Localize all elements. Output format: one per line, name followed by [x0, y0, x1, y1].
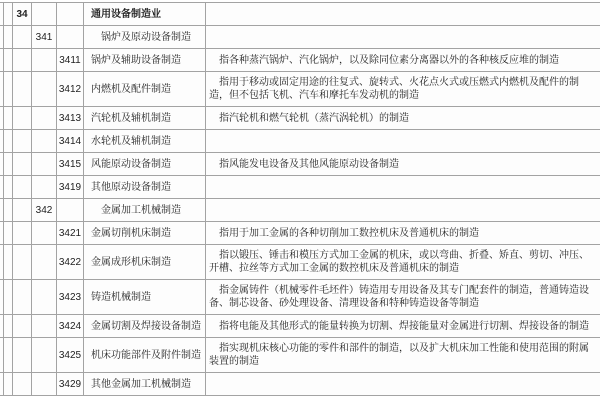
- division-code-cell: [13, 373, 32, 395]
- description-text: 指汽轮机和燃气轮机（蒸汽涡轮机）的制造: [209, 112, 592, 125]
- description-cell: 指将电能及其他形式的能量转换为切割、焊接能量对金属进行切割、焊接设备的制造: [206, 315, 600, 337]
- spacer-cell: [4, 373, 13, 395]
- description-cell: [206, 199, 600, 221]
- group-code-cell: [32, 280, 57, 314]
- group-code-cell: 341: [32, 26, 57, 48]
- division-code-cell: 34: [13, 3, 32, 25]
- class-code-cell: 3419: [57, 176, 84, 198]
- class-code-cell: 3422: [57, 245, 84, 279]
- description-text: 指各种蒸汽锅炉、汽化锅炉，以及除同位素分离器以外的各种核反应堆的制造: [209, 54, 592, 67]
- description-cell: 指各种蒸汽锅炉、汽化锅炉，以及除同位素分离器以外的各种核反应堆的制造: [206, 49, 600, 71]
- description-cell: [206, 130, 600, 152]
- class-code-cell: 3413: [57, 107, 84, 129]
- category-name-cell: 金属切削机床制造: [84, 222, 206, 244]
- class-code-cell: [57, 26, 84, 48]
- description-text: 指将电能及其他形式的能量转换为切割、焊接能量对金属进行切割、焊接设备的制造: [209, 320, 592, 333]
- spacer-cell: [4, 3, 13, 25]
- table-row: 342 金属加工机械制造: [0, 199, 600, 222]
- class-code-cell: 3425: [57, 338, 84, 372]
- spacer-cell: [4, 49, 13, 71]
- group-code-cell: [32, 222, 57, 244]
- division-code-cell: [13, 107, 32, 129]
- table-row: 3424 金属切割及焊接设备制造 指将电能及其他形式的能量转换为切割、焊接能量对…: [0, 315, 600, 338]
- division-code-cell: [13, 176, 32, 198]
- description-cell: [206, 3, 600, 25]
- table-row: 3429 其他金属加工机械制造: [0, 373, 600, 396]
- division-code-cell: [13, 72, 32, 106]
- table-row: 341 锅炉及原动设备制造: [0, 26, 600, 49]
- group-code-cell: [32, 338, 57, 372]
- class-code-cell: 3424: [57, 315, 84, 337]
- industry-classification-table: 34 通用设备制造业 341 锅炉及原动设备制造 3411 锅炉及辅助设备制造 …: [0, 2, 600, 396]
- division-code-cell: [13, 222, 32, 244]
- table-row: 3423 铸造机械制造 指金属铸件（机械零件毛坯件）铸造用专用设备及其专门配套件…: [0, 280, 600, 315]
- spacer-cell: [4, 130, 13, 152]
- group-code-cell: [32, 107, 57, 129]
- description-cell: [206, 373, 600, 395]
- division-code-cell: [13, 130, 32, 152]
- category-name-cell: 水轮机及辅机制造: [84, 130, 206, 152]
- category-name-cell: 金属切割及焊接设备制造: [84, 315, 206, 337]
- class-code-cell: 3411: [57, 49, 84, 71]
- description-cell: 指用于移动或固定用途的往复式、旋转式、火花点火式或压燃式内燃机及配件的制造，但不…: [206, 72, 600, 106]
- class-code-cell: 3429: [57, 373, 84, 395]
- division-code-cell: [13, 315, 32, 337]
- description-cell: 指金属铸件（机械零件毛坯件）铸造用专用设备及其专门配套件的制造，普通铸造设备、制…: [206, 280, 600, 314]
- class-code-cell: 3414: [57, 130, 84, 152]
- table-row: 3425 机床功能部件及附件制造 指实现机床核心功能的零件和部件的制造，以及扩大…: [0, 338, 600, 373]
- table-row: 3415 风能原动设备制造 指风能发电设备及其他风能原动设备制造: [0, 153, 600, 176]
- group-code-cell: [32, 130, 57, 152]
- group-code-cell: [32, 315, 57, 337]
- description-text: 指风能发电设备及其他风能原动设备制造: [209, 158, 592, 171]
- description-cell: [206, 176, 600, 198]
- category-name-cell: 风能原动设备制造: [84, 153, 206, 175]
- spacer-cell: [4, 245, 13, 279]
- description-text: 指用于加工金属的各种切削加工数控机床及普通机床的制造: [209, 227, 592, 240]
- table-row: 3422 金属成形机床制造 指以锻压、锤击和模压方式加工金属的机床，或以弯曲、折…: [0, 245, 600, 280]
- division-code-cell: [13, 338, 32, 372]
- category-name-cell: 机床功能部件及附件制造: [84, 338, 206, 372]
- category-name-cell: 锅炉及原动设备制造: [84, 26, 206, 48]
- spacer-cell: [4, 199, 13, 221]
- description-text: 指以锻压、锤击和模压方式加工金属的机床，或以弯曲、折叠、矫直、剪切、冲压、开槽、…: [209, 249, 592, 275]
- group-code-cell: [32, 153, 57, 175]
- description-cell: 指实现机床核心功能的零件和部件的制造，以及扩大机床加工性能和使用范围的附属装置的…: [206, 338, 600, 372]
- table-row: 3421 金属切削机床制造 指用于加工金属的各种切削加工数控机床及普通机床的制造: [0, 222, 600, 245]
- spacer-cell: [4, 280, 13, 314]
- group-code-cell: [32, 176, 57, 198]
- table-row: 3413 汽轮机及辅机制造 指汽轮机和燃气轮机（蒸汽涡轮机）的制造: [0, 107, 600, 130]
- table-row: 3412 内燃机及配件制造 指用于移动或固定用途的往复式、旋转式、火花点火式或压…: [0, 72, 600, 107]
- spacer-cell: [4, 176, 13, 198]
- category-name-cell: 汽轮机及辅机制造: [84, 107, 206, 129]
- division-code-cell: [13, 199, 32, 221]
- description-cell: [206, 26, 600, 48]
- spacer-cell: [4, 338, 13, 372]
- description-cell: 指以锻压、锤击和模压方式加工金属的机床，或以弯曲、折叠、矫直、剪切、冲压、开槽、…: [206, 245, 600, 279]
- class-code-cell: 3423: [57, 280, 84, 314]
- spacer-cell: [4, 315, 13, 337]
- class-code-cell: [57, 3, 84, 25]
- category-name-cell: 其他金属加工机械制造: [84, 373, 206, 395]
- group-code-cell: [32, 245, 57, 279]
- description-cell: 指用于加工金属的各种切削加工数控机床及普通机床的制造: [206, 222, 600, 244]
- class-code-cell: 3421: [57, 222, 84, 244]
- group-code-cell: [32, 3, 57, 25]
- table-row: 3411 锅炉及辅助设备制造 指各种蒸汽锅炉、汽化锅炉，以及除同位素分离器以外的…: [0, 49, 600, 72]
- spacer-cell: [4, 222, 13, 244]
- table-row: 3419 其他原动设备制造: [0, 176, 600, 199]
- category-name-cell: 通用设备制造业: [84, 3, 206, 25]
- description-text: 指金属铸件（机械零件毛坯件）铸造用专用设备及其专门配套件的制造，普通铸造设备、制…: [209, 284, 592, 310]
- spacer-cell: [4, 107, 13, 129]
- category-name-cell: 内燃机及配件制造: [84, 72, 206, 106]
- division-code-cell: [13, 49, 32, 71]
- division-code-cell: [13, 245, 32, 279]
- division-code-cell: [13, 280, 32, 314]
- group-code-cell: [32, 72, 57, 106]
- class-code-cell: 3415: [57, 153, 84, 175]
- class-code-cell: 3412: [57, 72, 84, 106]
- division-code-cell: [13, 26, 32, 48]
- table-row: 3414 水轮机及辅机制造: [0, 130, 600, 153]
- group-code-cell: [32, 49, 57, 71]
- class-code-cell: [57, 199, 84, 221]
- category-name-cell: 锅炉及辅助设备制造: [84, 49, 206, 71]
- description-text: 指用于移动或固定用途的往复式、旋转式、火花点火式或压燃式内燃机及配件的制造，但不…: [209, 76, 592, 102]
- group-code-cell: 342: [32, 199, 57, 221]
- description-cell: 指汽轮机和燃气轮机（蒸汽涡轮机）的制造: [206, 107, 600, 129]
- description-cell: 指风能发电设备及其他风能原动设备制造: [206, 153, 600, 175]
- category-name-cell: 其他原动设备制造: [84, 176, 206, 198]
- category-name-cell: 金属加工机械制造: [84, 199, 206, 221]
- spacer-cell: [4, 26, 13, 48]
- spacer-cell: [4, 153, 13, 175]
- spacer-cell: [4, 72, 13, 106]
- description-text: 指实现机床核心功能的零件和部件的制造，以及扩大机床加工性能和使用范围的附属装置的…: [209, 342, 592, 368]
- category-name-cell: 铸造机械制造: [84, 280, 206, 314]
- division-code-cell: [13, 153, 32, 175]
- table-row: 34 通用设备制造业: [0, 3, 600, 26]
- group-code-cell: [32, 373, 57, 395]
- category-name-cell: 金属成形机床制造: [84, 245, 206, 279]
